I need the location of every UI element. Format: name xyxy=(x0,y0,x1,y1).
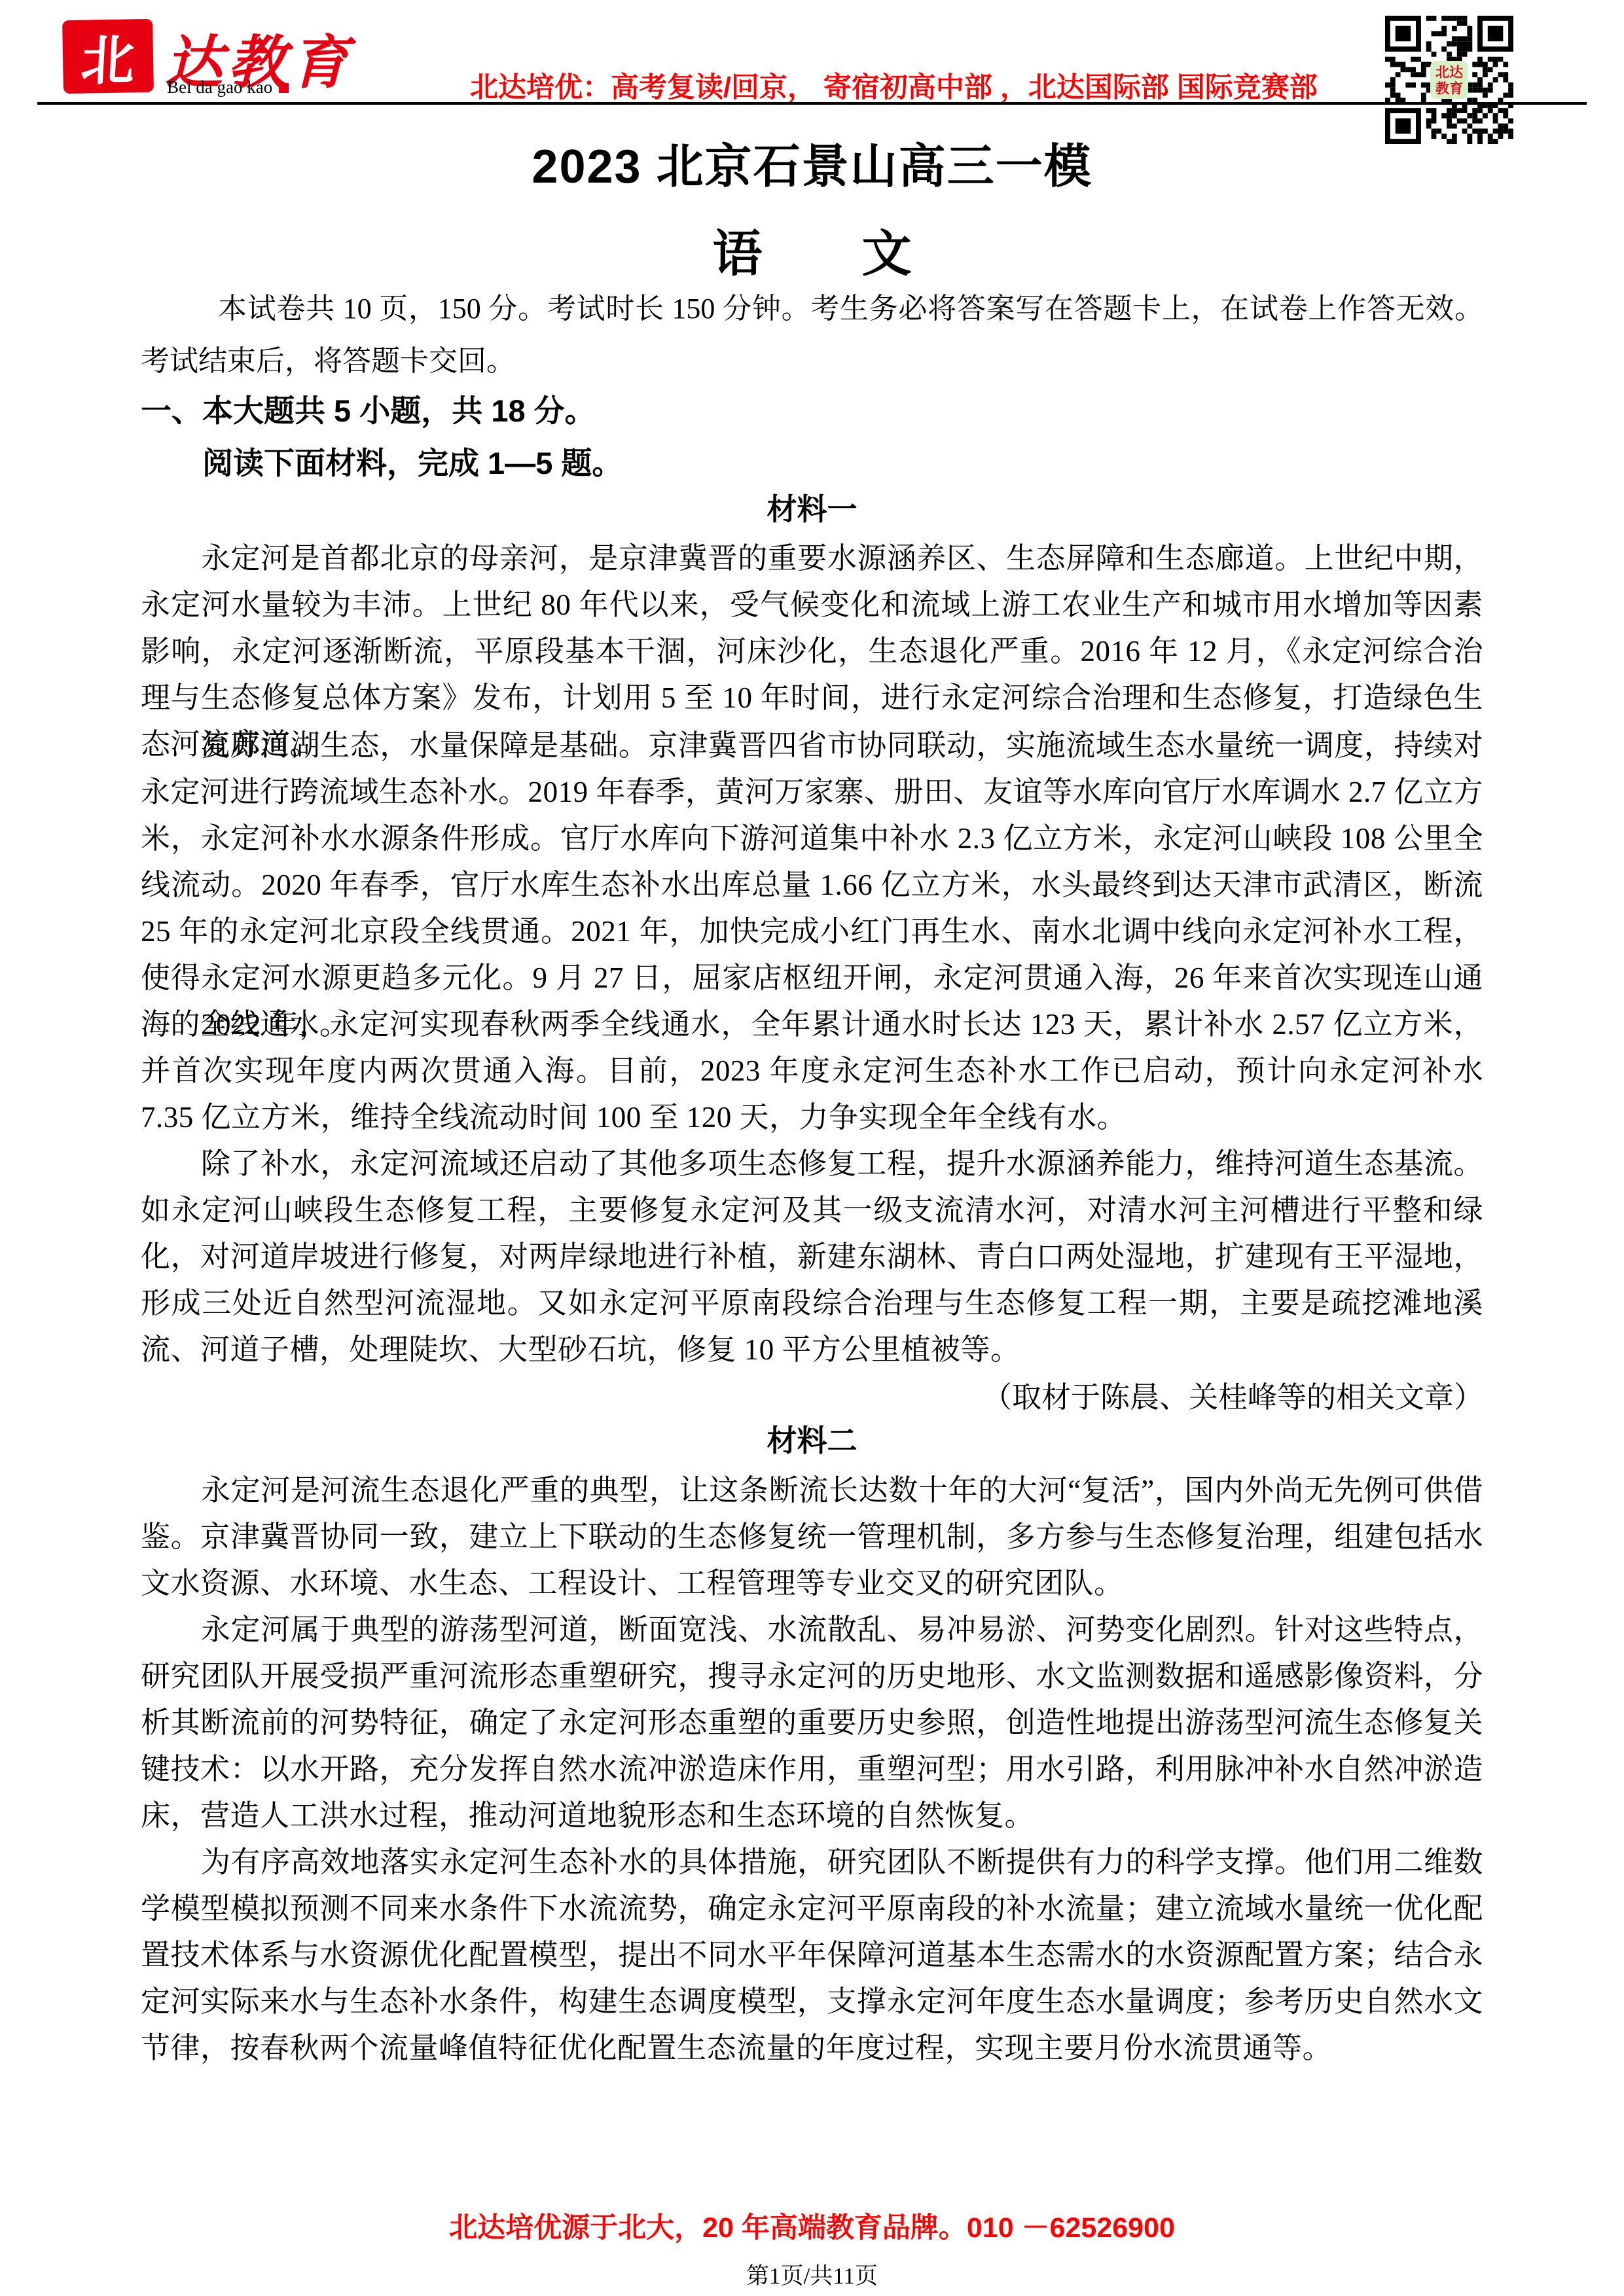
material-one-attribution: （取材于陈晨、关桂峰等的相关文章） xyxy=(141,1374,1483,1421)
header-slogan: 北达培优：高考复读/回京， 寄宿初高中部 ，北达国际部 国际竞赛部 xyxy=(470,65,1373,105)
material-one-heading: 材料一 xyxy=(141,490,1483,529)
exam-notice: 本试卷共 10 页，150 分。考试时长 150 分钟。考生务必将答案写在答题卡… xyxy=(141,283,1483,387)
brand-romanization-text: Bei da gao kao xyxy=(167,77,272,97)
body-paragraph: 2022 年，永定河实现春秋两季全线通水，全年累计通水时长达 123 天，累计补… xyxy=(141,1001,1483,1141)
exam-title: 2023 北京石景山高三一模 xyxy=(0,128,1624,196)
material-two-heading: 材料二 xyxy=(141,1421,1483,1460)
header-divider xyxy=(37,102,1587,105)
body-paragraph: 除了补水，永定河流域还启动了其他多项生态修复工程，提升水源涵养能力，维持河道生态… xyxy=(141,1141,1483,1373)
svg-text:教育: 教育 xyxy=(1435,80,1463,96)
body-paragraph: 永定河是河流生态退化严重的典型，让这条断流长达数十年的大河“复活”，国内外尚无先… xyxy=(141,1467,1483,1607)
brand-stamp-char: 北 xyxy=(79,18,137,96)
brand-romanization: Bei da gao kao xyxy=(167,77,289,98)
body-paragraph: 复苏河湖生态，水量保障是基础。京津冀晋四省市协同联动，实施流域生态水量统一调度，… xyxy=(141,723,1483,1048)
brand-stamp-icon: 北 xyxy=(62,19,154,94)
page-indicator: 第1页/共11页 xyxy=(0,2258,1624,2291)
exam-subject: 语 文 xyxy=(0,214,1624,285)
section-one-instruction: 阅读下面材料，完成 1—5 题。 xyxy=(141,444,1483,483)
body-paragraph: 为有序高效地落实永定河生态补水的具体措施，研究团队不断提供有力的科学支撑。他们用… xyxy=(141,1839,1483,2072)
qr-code-icon: 北达教育 xyxy=(1385,16,1513,144)
brand-red-square-icon xyxy=(279,83,289,93)
footer-promo: 北达培优源于北大，20 年高端教育品牌。010 －62526900 xyxy=(0,2206,1624,2246)
svg-text:北达: 北达 xyxy=(1435,64,1464,80)
section-one-heading: 一、本大题共 5 小题，共 18 分。 xyxy=(141,391,1483,431)
body-paragraph: 永定河属于典型的游荡型河道，断面宽浅、水流散乱、易冲易淤、河势变化剧烈。针对这些… xyxy=(141,1607,1483,1839)
exam-paper-page: 北 达教育 Bei da gao kao 北达培优：高考复读/回京， 寄宿初高中… xyxy=(0,0,1624,2296)
